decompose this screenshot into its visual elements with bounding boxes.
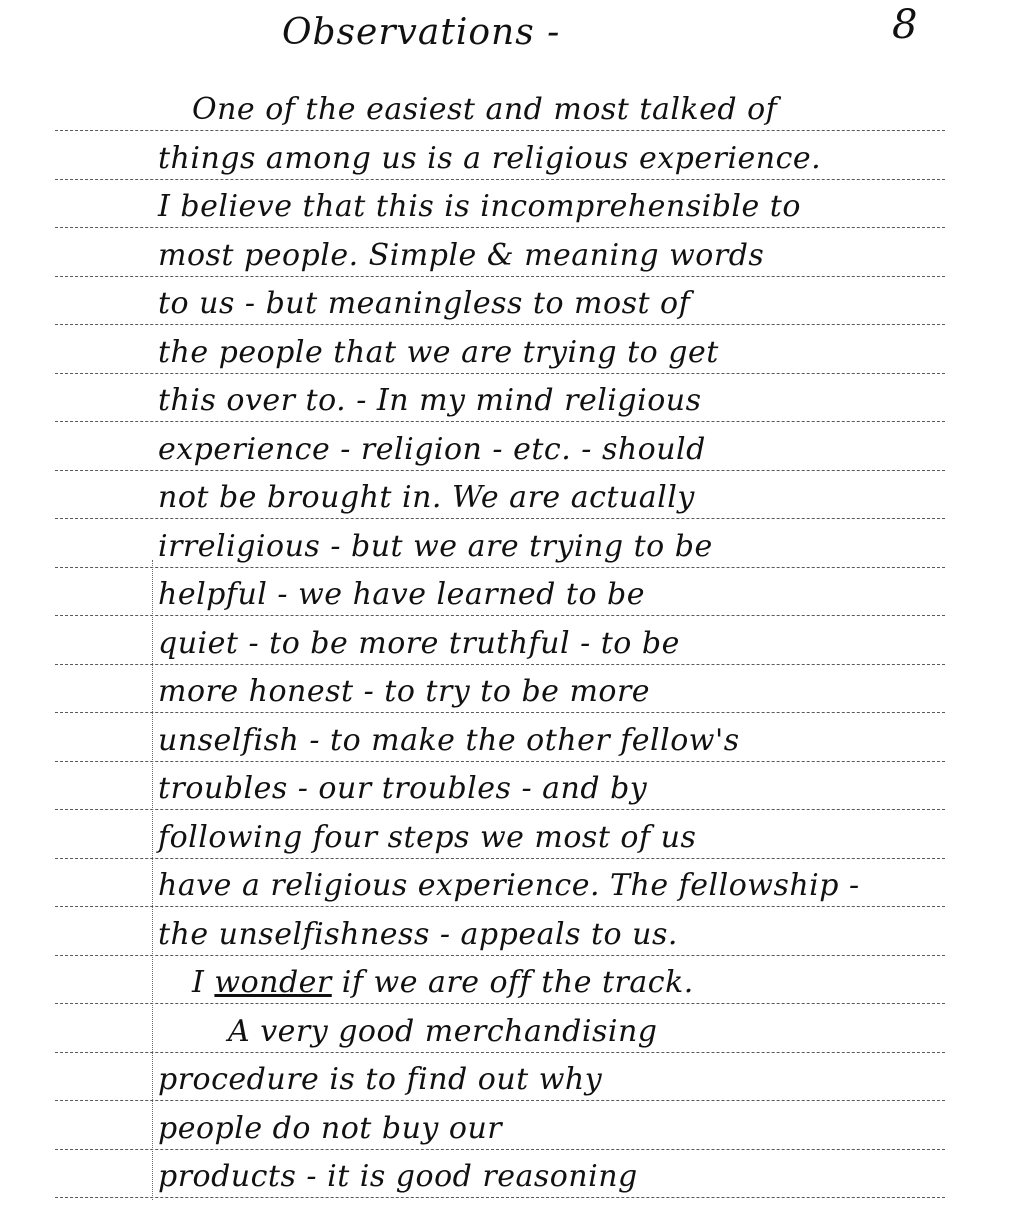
underlined-word: wonder [214, 965, 331, 1000]
handwritten-line: A very good merchandising [228, 1008, 1008, 1056]
handwritten-line: I wonder if we are off the track. [192, 959, 972, 1007]
handwritten-line: helpful - we have learned to be [158, 571, 938, 619]
handwritten-line: products - it is good reasoning [158, 1153, 938, 1201]
handwritten-line: quiet - to be more truthful - to be [158, 620, 938, 668]
handwritten-line: One of the easiest and most talked of [192, 86, 972, 134]
page-number: 8 [892, 2, 917, 48]
handwritten-page: Observations - 8 One of the easiest and … [0, 0, 1020, 1210]
handwritten-line: most people. Simple & meaning words [158, 232, 938, 280]
handwritten-line: experience - religion - etc. - should [158, 426, 938, 474]
handwritten-line: I believe that this is incomprehensible … [158, 183, 938, 231]
handwritten-line: troubles - our troubles - and by [158, 765, 938, 813]
page-title: Observations - [282, 12, 560, 53]
handwritten-line: irreligious - but we are trying to be [158, 523, 938, 571]
handwritten-line: have a religious experience. The fellows… [158, 862, 938, 910]
handwritten-line: procedure is to find out why [158, 1056, 938, 1104]
left-margin-line [152, 560, 153, 1200]
handwritten-line: the unselfishness - appeals to us. [158, 911, 938, 959]
handwritten-line: following four steps we most of us [158, 814, 938, 862]
handwritten-line: more honest - to try to be more [158, 668, 938, 716]
handwritten-line: things among us is a religious experienc… [158, 135, 938, 183]
handwritten-line: to us - but meaningless to most of [158, 280, 938, 328]
handwritten-line: people do not buy our [158, 1105, 938, 1153]
handwritten-line: this over to. - In my mind religious [158, 377, 938, 425]
handwritten-line: the people that we are trying to get [158, 329, 938, 377]
handwritten-line: unselfish - to make the other fellow's [158, 717, 938, 765]
handwritten-line: not be brought in. We are actually [158, 474, 938, 522]
